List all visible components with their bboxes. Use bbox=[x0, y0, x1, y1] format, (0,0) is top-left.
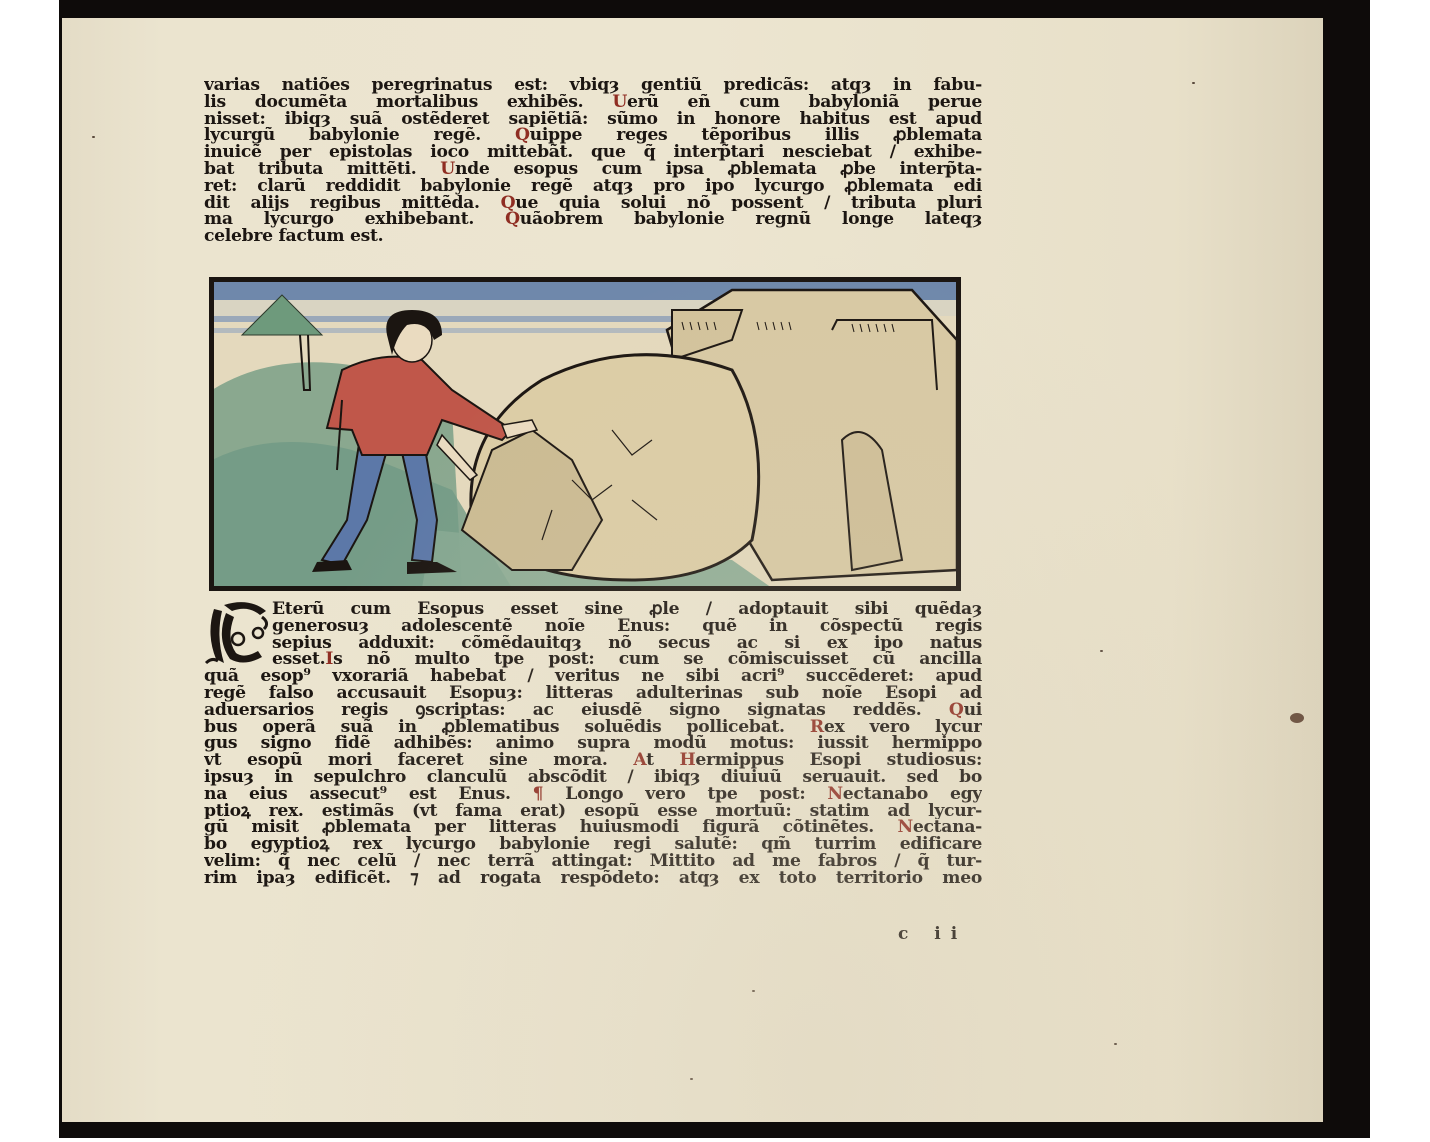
text-line: bo egyptioꝝ rex lycurgo babylonie regi s… bbox=[204, 836, 982, 853]
ink-stain bbox=[1290, 713, 1304, 723]
text-line: bus operã suã in ꝓblematibus soluẽdis po… bbox=[204, 719, 982, 736]
text-line: dit alijs regibus mittẽda. Que quia solu… bbox=[204, 195, 982, 212]
text-line: regẽ falso accusauit Esopuȝ: litteras ad… bbox=[204, 685, 982, 702]
text-line: celebre factum est. bbox=[204, 228, 982, 245]
text-line: ptioꝝ rex. estimãs (vt fama erat) esopũ … bbox=[204, 803, 982, 820]
text-line: aduersarios regis ꝯscriptas: ac eiusdẽ s… bbox=[204, 702, 982, 719]
paper-speck bbox=[752, 990, 755, 992]
text-line: sepius adduxit: cõmẽdauitqȝ nõ secus ac … bbox=[204, 635, 982, 652]
text-line: ma lycurgo exhibebant. Quãobrem babyloni… bbox=[204, 211, 982, 228]
text-line: ret: clarũ reddidit babylonie regẽ atqȝ … bbox=[204, 178, 982, 195]
paper-speck bbox=[92, 136, 95, 138]
rubricated-initial: Q bbox=[949, 702, 964, 719]
rubricated-initial: U bbox=[440, 161, 455, 178]
paper-speck bbox=[1114, 1043, 1117, 1045]
paper-speck bbox=[1100, 650, 1103, 652]
text-line: nisset: ibiqȝ suã ostẽderet sapiẽtiã: sũ… bbox=[204, 111, 982, 128]
book-page: varias natiões peregrinatus est: vbiqȝ g… bbox=[62, 18, 1323, 1122]
text-line: esset.Is nõ multo tpe post: cum se cõmis… bbox=[204, 651, 982, 668]
rubricated-initial: M bbox=[650, 853, 669, 870]
rubricated-initial: Q bbox=[505, 211, 520, 228]
text-line: gũ misit ꝓblemata per litteras huiusmodi… bbox=[204, 819, 982, 836]
signature-mark: c ii bbox=[898, 924, 967, 944]
text-line: lis documẽta mortalibus exhibẽs. Uerũ eñ… bbox=[204, 94, 982, 111]
paper-speck bbox=[1192, 82, 1195, 84]
text-line: gus signo fidẽ adhibẽs: animo supra modũ… bbox=[204, 735, 982, 752]
rubricated-initial: Q bbox=[501, 195, 516, 212]
rubricated-initial: N bbox=[897, 819, 912, 836]
rubricated-initial: R bbox=[810, 719, 824, 736]
text-line: generosuȝ adolescentẽ noĩe Enus: quẽ in … bbox=[204, 618, 982, 635]
paper-speck bbox=[690, 1078, 693, 1080]
text-line: Eterũ cum Esopus esset sine ꝓle / adopta… bbox=[204, 601, 982, 618]
rubricated-initial: H bbox=[679, 752, 695, 769]
text-line: vt esopũ mori faceret sine mora. At Herm… bbox=[204, 752, 982, 769]
bottom-text-block: Eterũ cum Esopus esset sine ꝓle / adopta… bbox=[204, 601, 982, 887]
text-line: quã esop⁹ vxorariã habebat / veritus ne … bbox=[204, 668, 982, 685]
rubricated-initial: A bbox=[633, 752, 646, 769]
top-text-block: varias natiões peregrinatus est: vbiqȝ g… bbox=[204, 77, 982, 245]
rubricated-initial: N bbox=[827, 786, 842, 803]
rubricated-initial: Q bbox=[515, 127, 530, 144]
rubricated-initial: I bbox=[325, 651, 333, 668]
text-line: velim: q̃ nec celũ / nec terrã attingat:… bbox=[204, 853, 982, 870]
text-line: bat tributa mittẽti. Unde esopus cum ips… bbox=[204, 161, 982, 178]
text-line: na eius assecut⁹ est Enus. ¶ Longo vero … bbox=[204, 786, 982, 803]
text-line: inuicẽ per epistolas ioco mittebãt. que … bbox=[204, 144, 982, 161]
text-line: ipsuȝ in sepulchro clanculũ abscõdit / i… bbox=[204, 769, 982, 786]
text-line: lycurgũ babylonie regẽ. Quippe reges tẽp… bbox=[204, 127, 982, 144]
text-line: rim ipaȝ edificẽt. ⁊ ad rogata respõdeto… bbox=[204, 870, 982, 887]
woodcut-image-icon bbox=[212, 280, 958, 588]
text-line: varias natiões peregrinatus est: vbiqȝ g… bbox=[204, 77, 982, 94]
woodcut-illustration bbox=[209, 277, 961, 591]
pilcrow-mark: ¶ bbox=[533, 786, 544, 803]
rubricated-initial: U bbox=[612, 94, 627, 111]
